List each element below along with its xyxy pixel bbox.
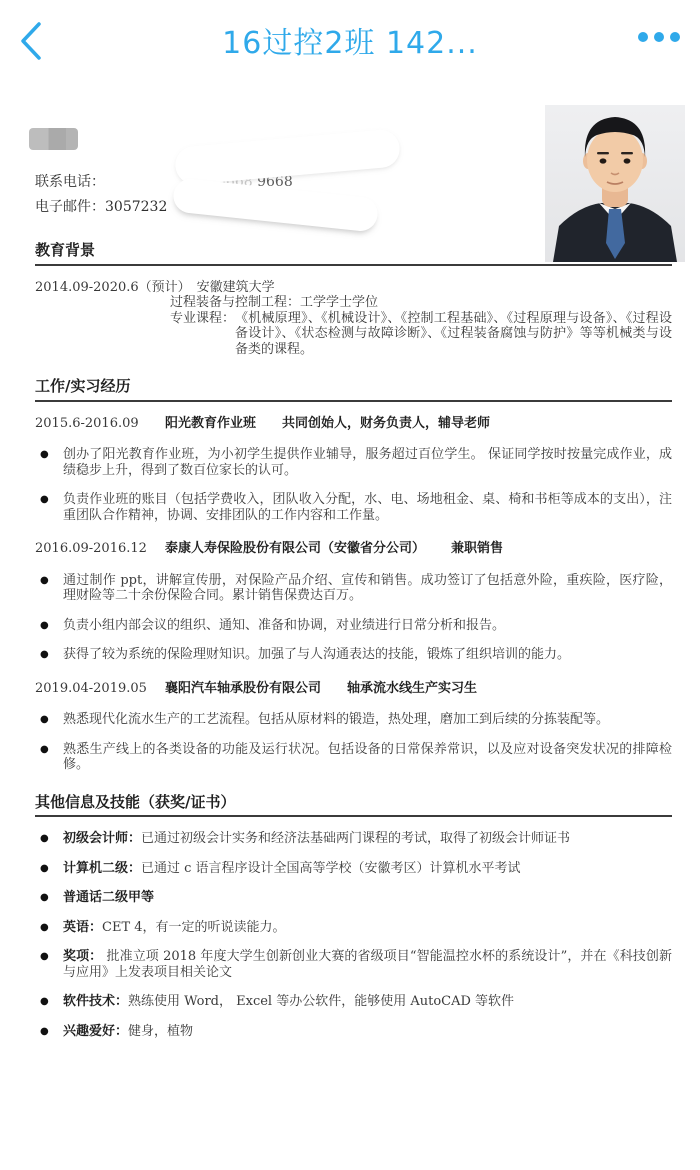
section-other-skills: 其他信息及技能（获奖/证书） ●初级会计师：已通过初级会计实务和经济法基础两门课… bbox=[35, 795, 672, 1040]
bullet-icon: ● bbox=[35, 742, 63, 773]
entry-company: 阳光教育作业班 bbox=[165, 416, 256, 431]
bullet-icon: ● bbox=[35, 994, 63, 1010]
skill-item: ●奖项： 批准立项 2018 年度大学生创新创业大赛的省级项目“智能温控水杯的系… bbox=[35, 949, 672, 980]
resume-document: 联系电话：5668 9668 电子邮件：3057232.n bbox=[0, 80, 700, 1039]
skill-list: ●初级会计师：已通过初级会计实务和经济法基础两门课程的考试，取得了初级会计师证书… bbox=[35, 831, 672, 1039]
phone-label: 联系电话： bbox=[35, 174, 105, 190]
skill-label: 软件技术： bbox=[63, 994, 128, 1009]
work-entry: 2015.6-2016.09阳光教育作业班共同创始人，财务负责人，辅导老师●创办… bbox=[35, 416, 672, 524]
bullet-item: ●通过制作 ppt，讲解宣传册，对保险产品介绍、宣传和销售。成功签订了包括意外险… bbox=[35, 573, 672, 604]
courses-text: 《机械原理》、《机械设计》、《控制工程基础》、《过程原理与设备》、《过程设备设计… bbox=[235, 311, 672, 358]
section-title: 工作/实习经历 bbox=[35, 379, 672, 402]
skill-item: ●普通话二级甲等 bbox=[35, 890, 672, 906]
skill-text: 英语：CET 4，有一定的听说读能力。 bbox=[63, 920, 672, 936]
bullet-icon: ● bbox=[35, 920, 63, 936]
bullet-text: 负责作业班的账目（包括学费收入，团队收入分配，水、电、场地租金、桌、椅和书柜等成… bbox=[63, 492, 672, 523]
bullet-text: 熟悉生产线上的各类设备的功能及运行状况。包括设备的日常保养常识，以及应对设备突发… bbox=[63, 742, 672, 773]
bullet-icon: ● bbox=[35, 1024, 63, 1040]
entry-role: 共同创始人，财务负责人，辅导老师 bbox=[282, 416, 490, 431]
bullet-text: 熟悉现代化流水生产的工艺流程。包括从原材料的锻造，热处理，磨加工到后续的分拣装配… bbox=[63, 712, 672, 728]
skill-text: 普通话二级甲等 bbox=[63, 890, 672, 906]
skill-label: 奖项： bbox=[63, 949, 102, 964]
work-entry: 2016.09-2016.12泰康人寿保险股份有限公司（安徽省分公司）兼职销售●… bbox=[35, 541, 672, 663]
bullet-icon: ● bbox=[35, 618, 63, 634]
bullet-icon: ● bbox=[35, 573, 63, 604]
app-header: 16过控2班 142... bbox=[0, 0, 700, 80]
id-photo bbox=[545, 105, 685, 262]
bullet-icon: ● bbox=[35, 647, 63, 663]
ellipsis-icon bbox=[654, 32, 664, 42]
skill-text: 初级会计师：已通过初级会计实务和经济法基础两门课程的考试，取得了初级会计师证书 bbox=[63, 831, 672, 847]
work-entry: 2019.04-2019.05襄阳汽车轴承股份有限公司轴承流水线生产实习生●熟悉… bbox=[35, 681, 672, 773]
skill-item: ●软件技术：熟练使用 Word， Excel 等办公软件，能够使用 AutoCA… bbox=[35, 994, 672, 1010]
education-school: 安徽建筑大学 bbox=[197, 280, 275, 295]
bullet-icon: ● bbox=[35, 447, 63, 478]
name-redaction-box bbox=[29, 128, 78, 150]
entry-company: 泰康人寿保险股份有限公司（安徽省分公司） bbox=[165, 541, 425, 556]
bullet-icon: ● bbox=[35, 861, 63, 877]
skill-text: 计算机二级：已通过 c 语言程序设计全国高等学校（安徽考区）计算机水平考试 bbox=[63, 861, 672, 877]
work-entry-header: 2015.6-2016.09阳光教育作业班共同创始人，财务负责人，辅导老师 bbox=[35, 416, 672, 432]
education-body: 2014.09-2020.6（预计）安徽建筑大学 过程装备与控制工程：工学学士学… bbox=[35, 280, 672, 358]
skill-label: 兴趣爱好： bbox=[63, 1024, 128, 1039]
bullet-text: 获得了较为系统的保险理财知识。加强了与人沟通表达的技能，锻炼了组织培训的能力。 bbox=[63, 647, 672, 663]
work-entries: 2015.6-2016.09阳光教育作业班共同创始人，财务负责人，辅导老师●创办… bbox=[35, 416, 672, 773]
skill-item: ●计算机二级：已通过 c 语言程序设计全国高等学校（安徽考区）计算机水平考试 bbox=[35, 861, 672, 877]
work-entry-header: 2016.09-2016.12泰康人寿保险股份有限公司（安徽省分公司）兼职销售 bbox=[35, 541, 672, 557]
skill-label: 英语： bbox=[63, 920, 102, 935]
bullet-icon: ● bbox=[35, 890, 63, 906]
ellipsis-icon bbox=[670, 32, 680, 42]
bullet-text: 负责小组内部会议的组织、通知、准备和协调，对业绩进行日常分析和报告。 bbox=[63, 618, 672, 634]
bullet-text: 通过制作 ppt，讲解宣传册，对保险产品介绍、宣传和销售。成功签订了包括意外险，… bbox=[63, 573, 672, 604]
work-entry-header: 2019.04-2019.05襄阳汽车轴承股份有限公司轴承流水线生产实习生 bbox=[35, 681, 672, 697]
skill-label: 计算机二级： bbox=[63, 861, 141, 876]
skill-label: 普通话二级甲等 bbox=[63, 890, 154, 905]
section-work: 工作/实习经历 2015.6-2016.09阳光教育作业班共同创始人，财务负责人… bbox=[35, 379, 672, 773]
email-label: 电子邮件： bbox=[35, 199, 105, 215]
ellipsis-icon bbox=[638, 32, 648, 42]
entry-date: 2015.6-2016.09 bbox=[35, 416, 165, 432]
bullet-icon: ● bbox=[35, 492, 63, 523]
entry-company: 襄阳汽车轴承股份有限公司 bbox=[165, 681, 321, 696]
bullet-item: ●熟悉现代化流水生产的工艺流程。包括从原材料的锻造，热处理，磨加工到后续的分拣装… bbox=[35, 712, 672, 728]
email-visible-part: 3057232 bbox=[105, 199, 167, 215]
skill-item: ●兴趣爱好：健身，植物 bbox=[35, 1024, 672, 1040]
more-menu-button[interactable] bbox=[638, 32, 680, 42]
bullet-item: ●负责作业班的账目（包括学费收入，团队收入分配，水、电、场地租金、桌、椅和书柜等… bbox=[35, 492, 672, 523]
education-courses: 专业课程： 《机械原理》、《机械设计》、《控制工程基础》、《过程原理与设备》、《… bbox=[170, 311, 672, 358]
bullet-item: ●负责小组内部会议的组织、通知、准备和协调，对业绩进行日常分析和报告。 bbox=[35, 618, 672, 634]
bullet-icon: ● bbox=[35, 949, 63, 980]
skill-text: 软件技术：熟练使用 Word， Excel 等办公软件，能够使用 AutoCAD… bbox=[63, 994, 672, 1010]
entry-role: 轴承流水线生产实习生 bbox=[347, 681, 477, 696]
bullet-item: ●熟悉生产线上的各类设备的功能及运行状况。包括设备的日常保养常识，以及应对设备突… bbox=[35, 742, 672, 773]
bullet-icon: ● bbox=[35, 712, 63, 728]
education-degree: 过程装备与控制工程：工学学士学位 bbox=[170, 295, 672, 311]
skill-label: 初级会计师： bbox=[63, 831, 141, 846]
skill-item: ●初级会计师：已通过初级会计实务和经济法基础两门课程的考试，取得了初级会计师证书 bbox=[35, 831, 672, 847]
personal-info-block: 联系电话：5668 9668 电子邮件：3057232.n bbox=[35, 80, 672, 243]
education-date-line: 2014.09-2020.6（预计）安徽建筑大学 bbox=[35, 280, 672, 296]
skill-text: 奖项： 批准立项 2018 年度大学生创新创业大赛的省级项目“智能温控水杯的系统… bbox=[63, 949, 672, 980]
entry-date: 2019.04-2019.05 bbox=[35, 681, 165, 697]
bullet-item: ●获得了较为系统的保险理财知识。加强了与人沟通表达的技能，锻炼了组织培训的能力。 bbox=[35, 647, 672, 663]
skill-item: ●英语：CET 4，有一定的听说读能力。 bbox=[35, 920, 672, 936]
entry-role: 兼职销售 bbox=[451, 541, 503, 556]
courses-label: 专业课程： bbox=[170, 311, 235, 358]
education-date: 2014.09-2020.6（预计） bbox=[35, 280, 191, 295]
skill-text: 兴趣爱好：健身，植物 bbox=[63, 1024, 672, 1040]
bullet-item: ●创办了阳光教育作业班，为小初学生提供作业辅导，服务超过百位学生。 保证同学按时… bbox=[35, 447, 672, 478]
page-title: 16过控2班 142... bbox=[0, 18, 700, 62]
bullet-icon: ● bbox=[35, 831, 63, 847]
entry-date: 2016.09-2016.12 bbox=[35, 541, 165, 557]
section-title: 其他信息及技能（获奖/证书） bbox=[35, 795, 672, 818]
bullet-text: 创办了阳光教育作业班，为小初学生提供作业辅导，服务超过百位学生。 保证同学按时按… bbox=[63, 447, 672, 478]
